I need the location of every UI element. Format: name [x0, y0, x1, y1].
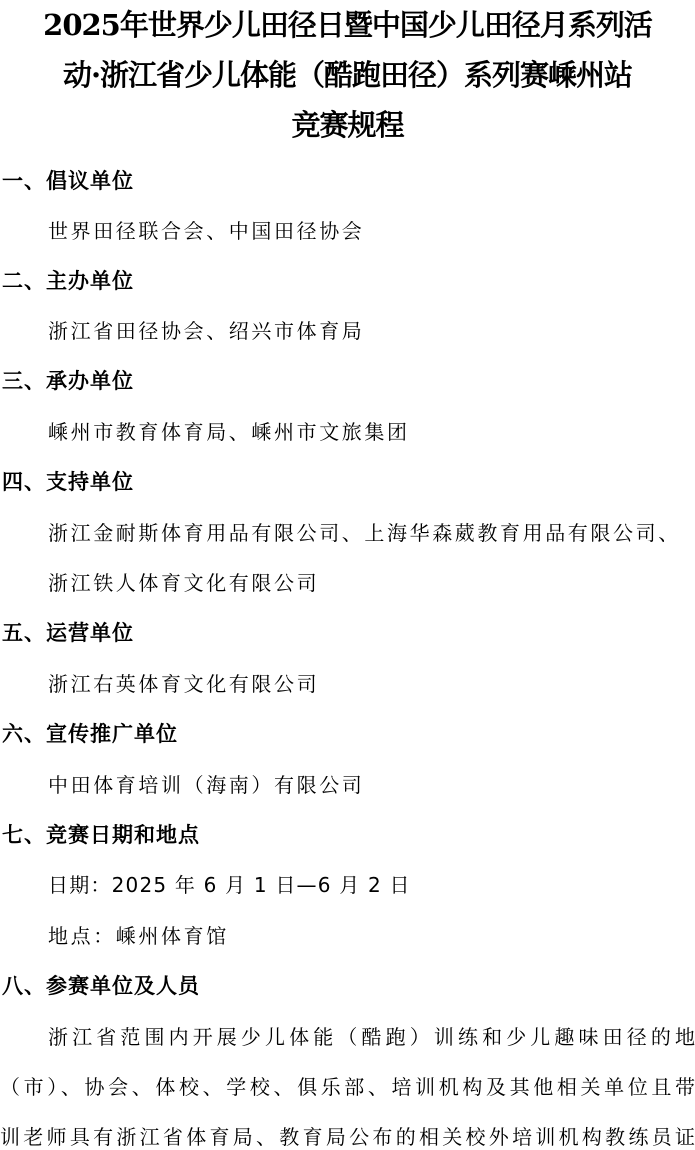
section-heading-organizers: 二、主办单位	[2, 266, 134, 296]
section-text-promotion: 中田体育培训（海南）有限公司	[48, 770, 364, 800]
section-heading-participants: 八、参赛单位及人员	[2, 971, 200, 1001]
section-heading-supporters: 四、支持单位	[2, 467, 134, 497]
section-text-supporters-line-1: 浙江金耐斯体育用品有限公司、上海华森葳教育用品有限公司、	[48, 518, 681, 548]
document-title-line-3: 竞赛规程	[0, 100, 695, 150]
section-text-date: 日期：2025 年 6 月 1 日—6 月 2 日	[48, 870, 411, 900]
section-heading-hosts: 三、承办单位	[2, 366, 134, 396]
section-text-venue: 地点：嵊州体育馆	[48, 921, 229, 951]
section-heading-promotion: 六、宣传推广单位	[2, 719, 178, 749]
section-text-organizers: 浙江省田径协会、绍兴市体育局	[48, 316, 364, 346]
document-title-line-2: 动·浙江省少儿体能（酷跑田径）系列赛嵊州站	[0, 50, 695, 100]
section-text-sponsors: 世界田径联合会、中国田径协会	[48, 216, 364, 246]
section-paragraph-participants-line-1: 浙江省范围内开展少儿体能（酷跑）训练和少儿趣味田径的地	[48, 1022, 695, 1052]
document-title-line-1: 2025年世界少儿田径日暨中国少儿田径月系列活	[0, 0, 695, 50]
section-text-operator: 浙江右英体育文化有限公司	[48, 669, 319, 699]
section-text-hosts: 嵊州市教育体育局、嵊州市文旅集团	[48, 417, 410, 447]
section-paragraph-participants-line-3: 训老师具有浙江省体育局、教育局公布的相关校外培训机构教练员证	[0, 1122, 695, 1150]
section-heading-date-venue: 七、竞赛日期和地点	[2, 820, 200, 850]
section-paragraph-participants-line-2: （市）、协会、体校、学校、俱乐部、培训机构及其他相关单位且带	[0, 1072, 695, 1102]
section-text-supporters-line-2: 浙江铁人体育文化有限公司	[48, 568, 319, 598]
section-heading-operator: 五、运营单位	[2, 618, 134, 648]
section-heading-sponsors: 一、倡议单位	[2, 166, 134, 196]
